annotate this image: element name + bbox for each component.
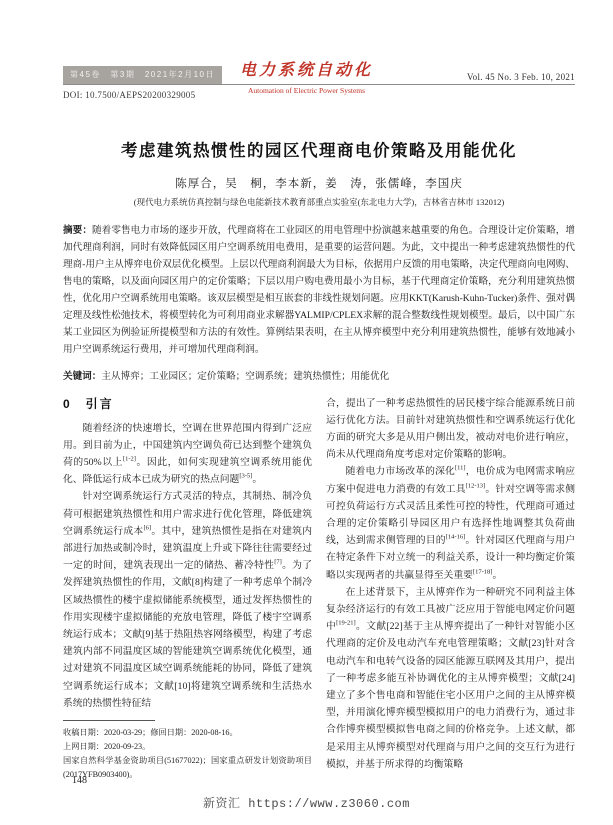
paragraph-text: 随着电力市场改革的深化 xyxy=(346,466,455,477)
body-paragraph: 在上述背景下，主从博弈作为一种研究不同利益主体复杂经济运行的有效工具被广泛应用于… xyxy=(326,584,575,773)
footnote-block: 收稿日期：2020-03-29；修回日期：2020-08-16。 上网日期：20… xyxy=(63,720,312,782)
reference-superscript: [17-18] xyxy=(473,568,493,575)
keywords: 关键词：主从博弈；工业园区；定价策略；空调系统；建筑热惯性；用能优化 xyxy=(63,368,575,385)
paragraph-text: 。为了发挥建筑热惯性的作用，文献[8]构建了一种考虑单个制冷区域热惯性的楼宇虚拟… xyxy=(63,560,312,709)
body-paragraph: 合，提出了一种考虑热惯性的居民楼宇综合能源系统日前运行优化方法。目前针对建筑热惯… xyxy=(326,395,575,464)
article-content: 考虑建筑热惯性的园区代理商电价策略及用能优化 陈厚合，吴 桐，李本新，姜 涛，张… xyxy=(63,140,575,782)
body-paragraph: 随着电力市场改革的深化[11]，电价成为电网需求响应方案中促进电力消费的有效工具… xyxy=(326,463,575,583)
paragraph-text: 。 xyxy=(252,474,262,485)
reference-superscript: [3-5] xyxy=(239,473,252,480)
body-paragraph: 针对空调系统运行方式灵活的特点，其制热、制冷负荷可根据建筑热惯性和用户需求进行优… xyxy=(63,488,312,712)
body-paragraph: 随着经济的快速增长，空调在世界范围内得到广泛应用。到目前为止，中国建筑内空调负荷… xyxy=(63,420,312,489)
body-columns: 0 引言 随着经济的快速增长，空调在世界范围内得到广泛应用。到目前为止，中国建筑… xyxy=(63,395,575,782)
doi-text: DOI: 10.7500/AEPS20200329005 xyxy=(63,90,195,100)
keywords-text: 主从博弈；工业园区；定价策略；空调系统；建筑热惯性；用能优化 xyxy=(101,371,389,382)
paragraph-text: 。文献[22]基于主从博弈提出了一种针对智能小区代理商的定价及电动汽车充电管理策… xyxy=(326,621,575,770)
footnote-rule xyxy=(63,720,155,721)
abstract-label: 摘要： xyxy=(63,225,92,236)
abstract: 摘要：随着零售电力市场的逐步开放，代理商将在工业园区的用电管理中扮演越来越重要的… xyxy=(63,222,575,358)
issue-badge: 第45卷 第3期 2021年2月10日 xyxy=(63,66,222,84)
keywords-label: 关键词： xyxy=(63,371,101,382)
section-heading-introduction: 0 引言 xyxy=(63,397,312,412)
left-column: 0 引言 随着经济的快速增长，空调在世界范围内得到广泛应用。到目前为止，中国建筑… xyxy=(63,395,312,782)
reference-superscript: [6] xyxy=(143,525,151,532)
footnote-online-date: 上网日期：2020-09-23。 xyxy=(63,740,312,754)
reference-superscript: [7] xyxy=(274,559,282,566)
page-number: 148 xyxy=(72,775,87,786)
right-column: 合，提出了一种考虑热惯性的居民楼宇综合能源系统日前运行优化方法。目前针对建筑热惯… xyxy=(326,395,575,782)
footnote-received-dates: 收稿日期：2020-03-29；修回日期：2020-08-16。 xyxy=(63,726,312,740)
paragraph-text: 。 xyxy=(492,570,502,581)
reference-superscript: [12-13] xyxy=(466,482,486,489)
volume-issue-text: Vol. 45 No. 3 Feb. 10, 2021 xyxy=(467,72,575,82)
affiliation-line: (现代电力系统仿真控制与绿色电能新技术教育部重点实验室(东北电力大学)，吉林省吉… xyxy=(63,197,575,208)
reference-superscript: [11] xyxy=(455,465,466,472)
paper-page: 第45卷 第3期 2021年2月10日 DOI: 10.7500/AEPS202… xyxy=(0,0,613,825)
right-column-paragraphs: 合，提出了一种考虑热惯性的居民楼宇综合能源系统日前运行优化方法。目前针对建筑热惯… xyxy=(326,395,575,773)
left-column-paragraphs: 随着经济的快速增长，空调在世界范围内得到广泛应用。到目前为止，中国建筑内空调负荷… xyxy=(63,420,312,712)
abstract-text: 随着零售电力市场的逐步开放，代理商将在工业园区的用电管理中扮演越来越重要的角色。… xyxy=(63,225,575,355)
journal-logo-english: Automation of Electric Power Systems xyxy=(240,86,373,95)
reference-superscript: [19-21] xyxy=(336,620,356,627)
footnote-funding: 国家自然科学基金资助项目(51677022)；国家重点研发计划资助项目(2017… xyxy=(63,754,312,782)
journal-logo: 电力系统自动化 Automation of Electric Power Sys… xyxy=(240,61,373,95)
reference-superscript: [1-2] xyxy=(123,456,136,463)
page-title: 考虑建筑热惯性的园区代理商电价策略及用能优化 xyxy=(63,140,575,162)
authors-line: 陈厚合，吴 桐，李本新，姜 涛，张儒峰，李国庆 xyxy=(63,177,575,191)
reference-superscript: [14-16] xyxy=(446,534,466,541)
paragraph-text: 合，提出了一种考虑热惯性的居民楼宇综合能源系统日前运行优化方法。目前针对建筑热惯… xyxy=(326,398,575,461)
journal-logo-chinese: 电力系统自动化 xyxy=(240,61,373,81)
watermark-text: 新资汇 https://www.z3060.com xyxy=(0,794,613,811)
